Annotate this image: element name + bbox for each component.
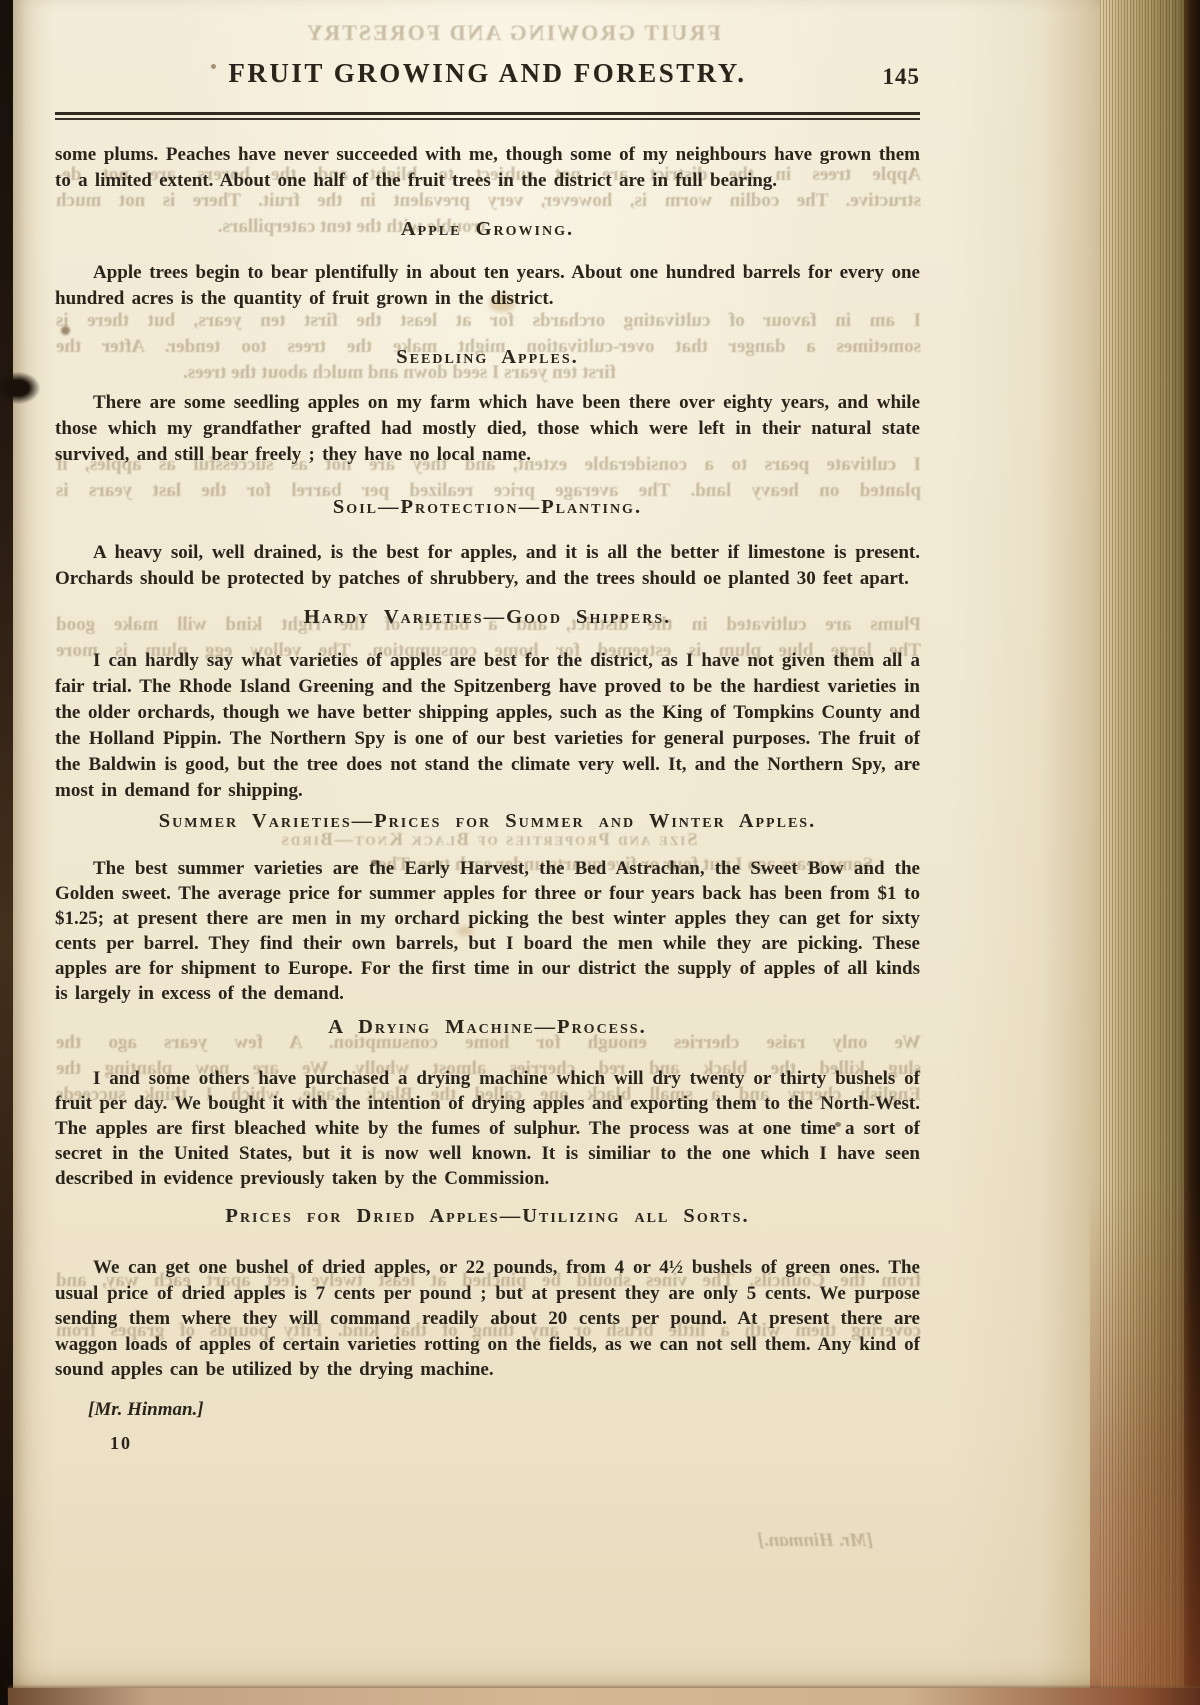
signature-mark: 10	[110, 1433, 920, 1454]
paragraph-seedling-apples: There are some seedling apples on my far…	[55, 390, 920, 468]
book-left-cover-edge	[0, 0, 13, 1705]
heading-hardy-varieties: Hardy Varieties—Good Shippers.	[55, 606, 920, 628]
book-right-edge-shadow	[1090, 1185, 1200, 1705]
bleedthrough-text: [Mr. Hinman.]	[573, 1528, 873, 1554]
heading-apple-growing: Apple Growing.	[55, 218, 920, 240]
book-bottom-page-edge	[8, 1688, 1200, 1705]
footer-attribution: [Mr. Hinman.]	[88, 1399, 920, 1421]
book-scan: FRUIT GROWING AND FORESTRY Apple trees i…	[0, 0, 1200, 1705]
page-number: 145	[883, 64, 921, 90]
heading-seedling-apples: Seedling Apples.	[55, 346, 920, 368]
paragraph-hardy-varieties: I can hardly say what varieties of apple…	[55, 648, 920, 804]
heading-drying-machine: A Drying Machine—Process.	[55, 1016, 920, 1038]
page: FRUIT GROWING AND FORESTRY Apple trees i…	[13, 0, 1100, 1688]
paragraph-soil-protection-planting: A heavy soil, well drained, is the best …	[55, 540, 920, 592]
heading-soil-protection-planting: Soil—Protection—Planting.	[55, 496, 920, 518]
page-header: FRUIT GROWING AND FORESTRY. 145	[55, 58, 920, 92]
paragraph-prices-dried-apples: We can get one bushel of dried apples, o…	[55, 1255, 920, 1383]
paragraph-drying-machine: I and some others have purchased a dryin…	[55, 1066, 920, 1191]
heading-summer-varieties: Summer Varieties—Prices for Summer and W…	[55, 810, 920, 832]
paragraph-summer-varieties: The best summer varieties are the Early …	[55, 856, 920, 1006]
header-rule	[55, 112, 920, 120]
book-left-edge-knot	[0, 372, 40, 404]
paragraph-apple-growing: Apple trees begin to bear plentifully in…	[55, 260, 920, 312]
page-content: FRUIT GROWING AND FORESTRY. 145 some plu…	[13, 0, 1100, 1454]
running-title: FRUIT GROWING AND FORESTRY.	[55, 58, 920, 89]
heading-prices-dried-apples: Prices for Dried Apples—Utilizing all So…	[55, 1205, 920, 1227]
paragraph-intro: some plums. Peaches have never succeeded…	[55, 142, 920, 194]
